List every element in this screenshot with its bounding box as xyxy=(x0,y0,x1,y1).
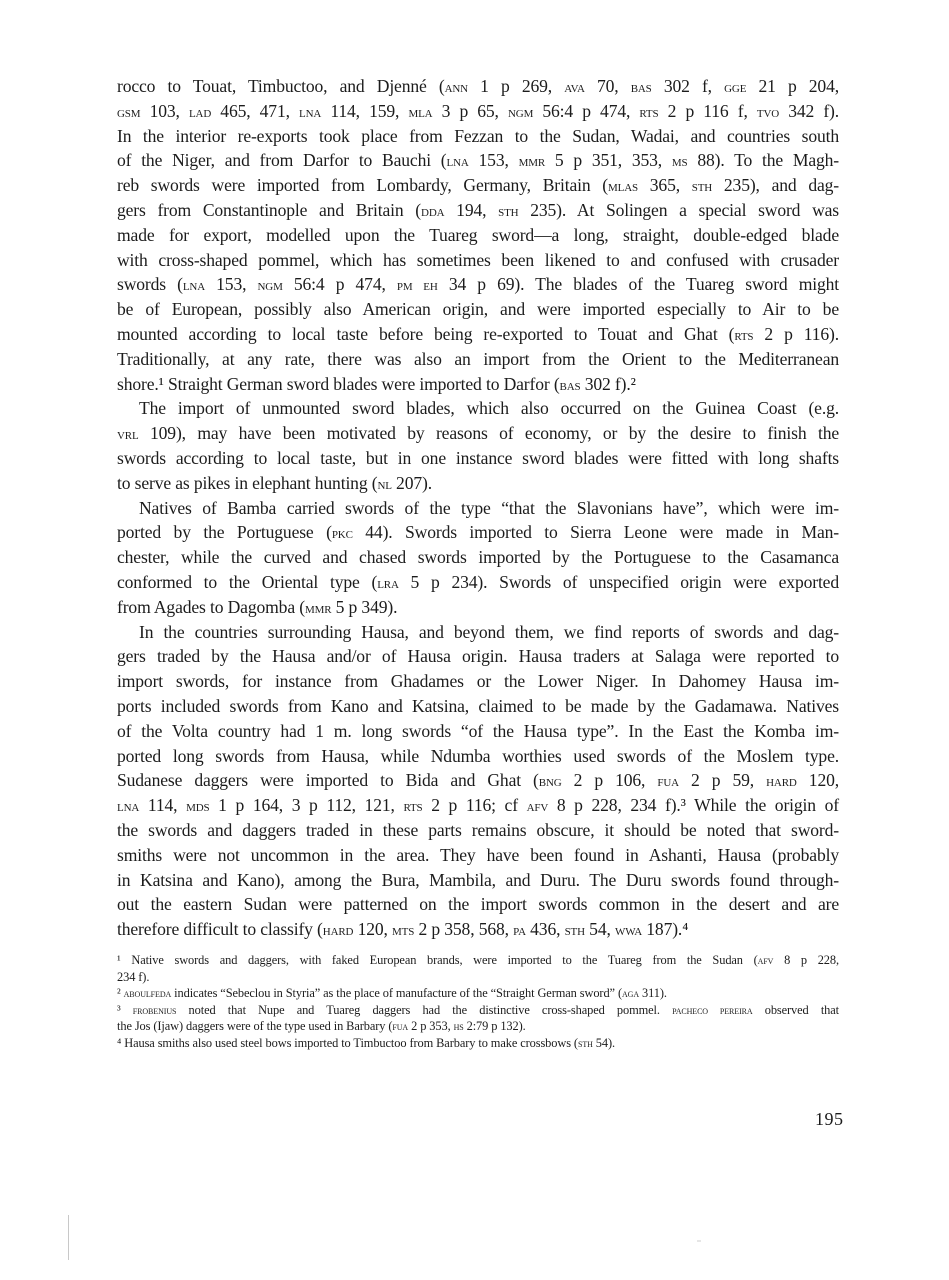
body-line: VRL 109), may have been motivated by rea… xyxy=(117,421,839,446)
footnote-line: the Jos (Ijaw) daggers were of the type … xyxy=(117,1018,839,1035)
margin-rule xyxy=(68,1215,69,1260)
body-line: made for export, modelled upon the Tuare… xyxy=(117,223,839,248)
body-line: mounted according to local taste before … xyxy=(117,322,839,347)
footnote-line: ³ FROBENIUS noted that Nupe and Tuareg d… xyxy=(117,1002,839,1019)
body-line: import swords, for instance from Ghadame… xyxy=(117,669,839,694)
body-line: ports included swords from Kano and Kats… xyxy=(117,694,839,719)
body-line: gers from Constantinople and Britain (DD… xyxy=(117,198,839,223)
body-line: GSM 103, LAD 465, 471, LNA 114, 159, MLA… xyxy=(117,99,839,124)
body-line: Sudanese daggers were imported to Bida a… xyxy=(117,768,839,793)
scan-speck xyxy=(697,1240,701,1242)
page-number: 195 xyxy=(815,1109,844,1130)
footnote-line: ¹ Native swords and daggers, with faked … xyxy=(117,952,839,969)
body-line: The import of unmounted sword blades, wh… xyxy=(117,396,839,421)
body-line: of the Volta country had 1 m. long sword… xyxy=(117,719,839,744)
body-text: rocco to Touat, Timbuctoo, and Djenné (A… xyxy=(117,74,839,942)
body-line: the swords and daggers traded in these p… xyxy=(117,818,839,843)
body-line: Natives of Bamba carried swords of the t… xyxy=(117,496,839,521)
body-line: rocco to Touat, Timbuctoo, and Djenné (A… xyxy=(117,74,839,99)
footnotes: ¹ Native swords and daggers, with faked … xyxy=(117,952,839,1051)
body-line: reb swords were imported from Lombardy, … xyxy=(117,173,839,198)
body-line: to serve as pikes in elephant hunting (N… xyxy=(117,471,839,496)
body-line: ported long swords from Hausa, while Ndu… xyxy=(117,744,839,769)
body-line: In the countries surrounding Hausa, and … xyxy=(117,620,839,645)
body-line: in Katsina and Kano), among the Bura, Ma… xyxy=(117,868,839,893)
body-line: therefore difficult to classify (HARD 12… xyxy=(117,917,839,942)
body-line: conformed to the Oriental type (LRA 5 p … xyxy=(117,570,839,595)
footnote-line: ² ABOULFEDA indicates “Sebeclou in Styri… xyxy=(117,985,839,1002)
body-line: from Agades to Dagomba (MMR 5 p 349). xyxy=(117,595,839,620)
footnote-line: ⁴ Hausa smiths also used steel bows impo… xyxy=(117,1035,839,1052)
body-line: chester, while the curved and chased swo… xyxy=(117,545,839,570)
body-line: In the interior re-exports took place fr… xyxy=(117,124,839,149)
body-line: gers traded by the Hausa and/or of Hausa… xyxy=(117,644,839,669)
body-line: swords according to local taste, but in … xyxy=(117,446,839,471)
body-line: LNA 114, MDS 1 p 164, 3 p 112, 121, RTS … xyxy=(117,793,839,818)
body-line: smiths were not uncommon in the area. Th… xyxy=(117,843,839,868)
body-line: out the eastern Sudan were patterned on … xyxy=(117,892,839,917)
body-line: ported by the Portuguese (PKC 44). Sword… xyxy=(117,520,839,545)
body-line: of the Niger, and from Darfor to Bauchi … xyxy=(117,148,839,173)
footnote-line: 234 f). xyxy=(117,969,839,986)
body-line: Traditionally, at any rate, there was al… xyxy=(117,347,839,372)
body-line: be of European, possibly also American o… xyxy=(117,297,839,322)
body-line: shore.¹ Straight German sword blades wer… xyxy=(117,372,839,397)
body-line: swords (LNA 153, NGM 56:4 p 474, PM EH 3… xyxy=(117,272,839,297)
book-page: rocco to Touat, Timbuctoo, and Djenné (A… xyxy=(0,0,949,1280)
body-line: with cross-shaped pommel, which has some… xyxy=(117,248,839,273)
